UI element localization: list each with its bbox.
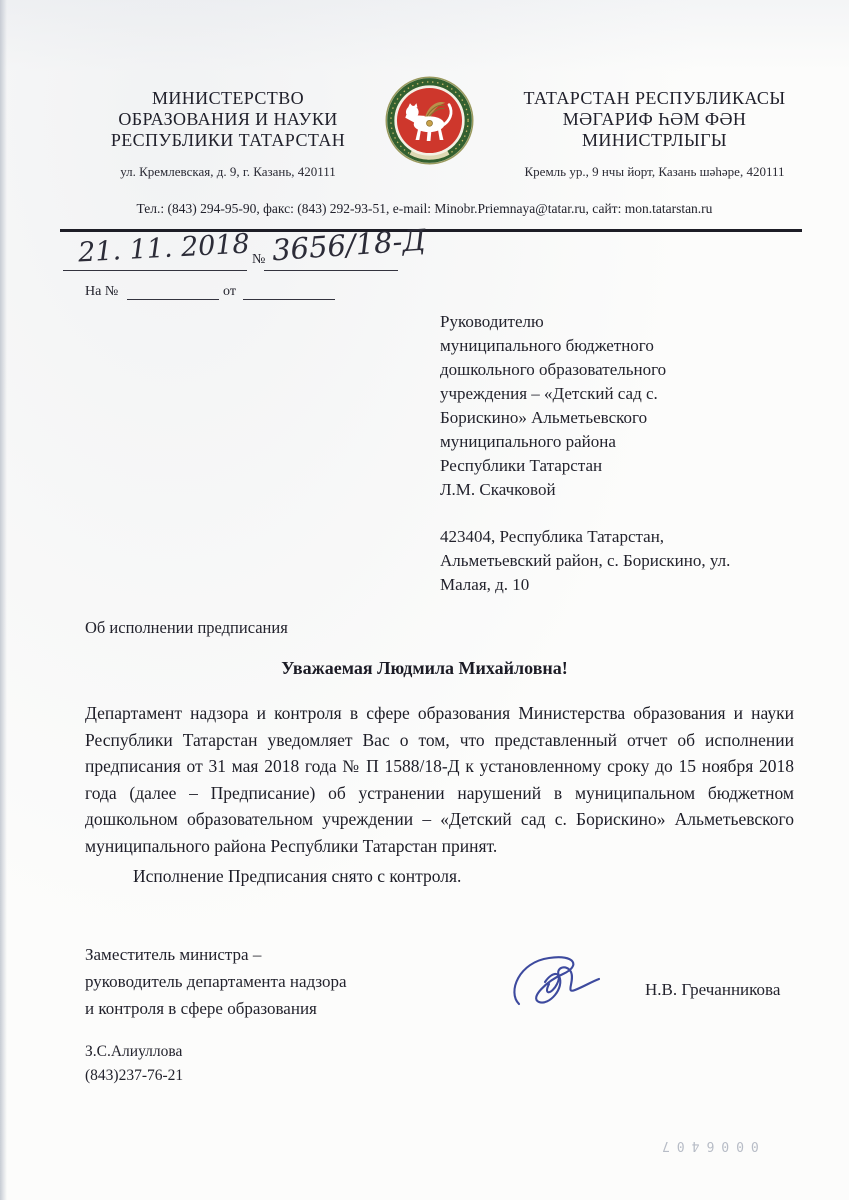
signer-title-line: Заместитель министра – [85,941,415,968]
signer-title-line: руководитель департамента надзора [85,968,415,995]
tatarstan-emblem-icon [383,74,476,167]
salutation: Уважаемая Людмила Михайловна! [0,658,849,679]
org-name-ru-line3: РЕСПУБЛИКИ ТАТАРСТАН [80,130,376,151]
signer-title-block: Заместитель министра – руководитель депа… [85,941,415,1022]
org-name-ru-line2: ОБРАЗОВАНИЯ И НАУКИ [80,109,376,130]
contact-line: Тел.: (843) 294-95-90, факс: (843) 292-9… [0,201,849,217]
recipient-line: Руководителю [440,310,790,334]
recipient-line: Борискино» Альметьевского [440,406,790,430]
scanned-letter-page: МИНИСТЕРСТВО ОБРАЗОВАНИЯ И НАУКИ РЕСПУБЛ… [0,0,849,1200]
executor-phone: (843)237-76-21 [85,1064,183,1088]
org-name-ru-line1: МИНИСТЕРСТВО [80,88,376,109]
executor-name: З.С.Алиуллова [85,1040,183,1064]
postal-address-line: Альметьевский район, с. Борискино, ул. [440,549,790,573]
postal-address-line: Малая, д. 10 [440,573,790,597]
ink-signature [505,948,645,1020]
handwritten-date: 21. 11. 2018 [77,229,250,269]
subject-line: Об исполнении предписания [85,618,288,638]
recipient-line: Л.М. Скачковой [440,478,790,502]
recipient-line: дошкольного образовательного [440,358,790,382]
reply-ot-label: от [223,284,236,300]
org-name-tatar: ТАТАРСТАН РЕСПУБЛИКАСЫ МӘГАРИФ ҺӘМ ФӘН М… [482,88,827,151]
body-paragraph-1: Департамент надзора и контроля в сфере о… [85,700,794,859]
org-name-tt-line3: МИНИСТРЛЫГЫ [482,130,827,151]
org-address-russian: ул. Кремлевская, д. 9, г. Казань, 420111 [80,164,376,180]
handwritten-signature-icon [505,948,645,1020]
reply-date-underline [243,299,335,300]
bleedthrough-stamp: 0006407 [655,1138,759,1153]
org-address-tatar: Кремль ур., 9 нчы йорт, Казань шәһәре, 4… [482,164,827,180]
recipient-line: муниципального района [440,430,790,454]
recipient-line: учреждения – «Детский сад с. [440,382,790,406]
postal-address-block: 423404, Республика Татарстан, Альметьевс… [440,525,790,597]
reply-na-label: На № [85,284,118,300]
signer-title-line: и контроля в сфере образования [85,995,415,1022]
org-name-tt-line1: ТАТАРСТАН РЕСПУБЛИКАСЫ [482,88,827,109]
reply-number-underline [127,299,219,300]
recipient-block: Руководителю муниципального бюджетного д… [440,310,790,502]
recipient-line: Республики Татарстан [440,454,790,478]
date-underline [63,270,247,271]
number-underline [264,270,398,271]
org-name-tt-line2: МӘГАРИФ ҺӘМ ФӘН [482,109,827,130]
signer-name: Н.В. Гречанникова [645,980,780,1000]
number-sign-label: № [252,252,265,268]
org-name-russian: МИНИСТЕРСТВО ОБРАЗОВАНИЯ И НАУКИ РЕСПУБЛ… [80,88,376,151]
recipient-line: муниципального бюджетного [440,334,790,358]
body-paragraph-2: Исполнение Предписания снято с контроля. [85,863,794,890]
executor-block: З.С.Алиуллова (843)237-76-21 [85,1040,183,1088]
postal-address-line: 423404, Республика Татарстан, [440,525,790,549]
ak-bars-coat-of-arms [383,74,476,167]
